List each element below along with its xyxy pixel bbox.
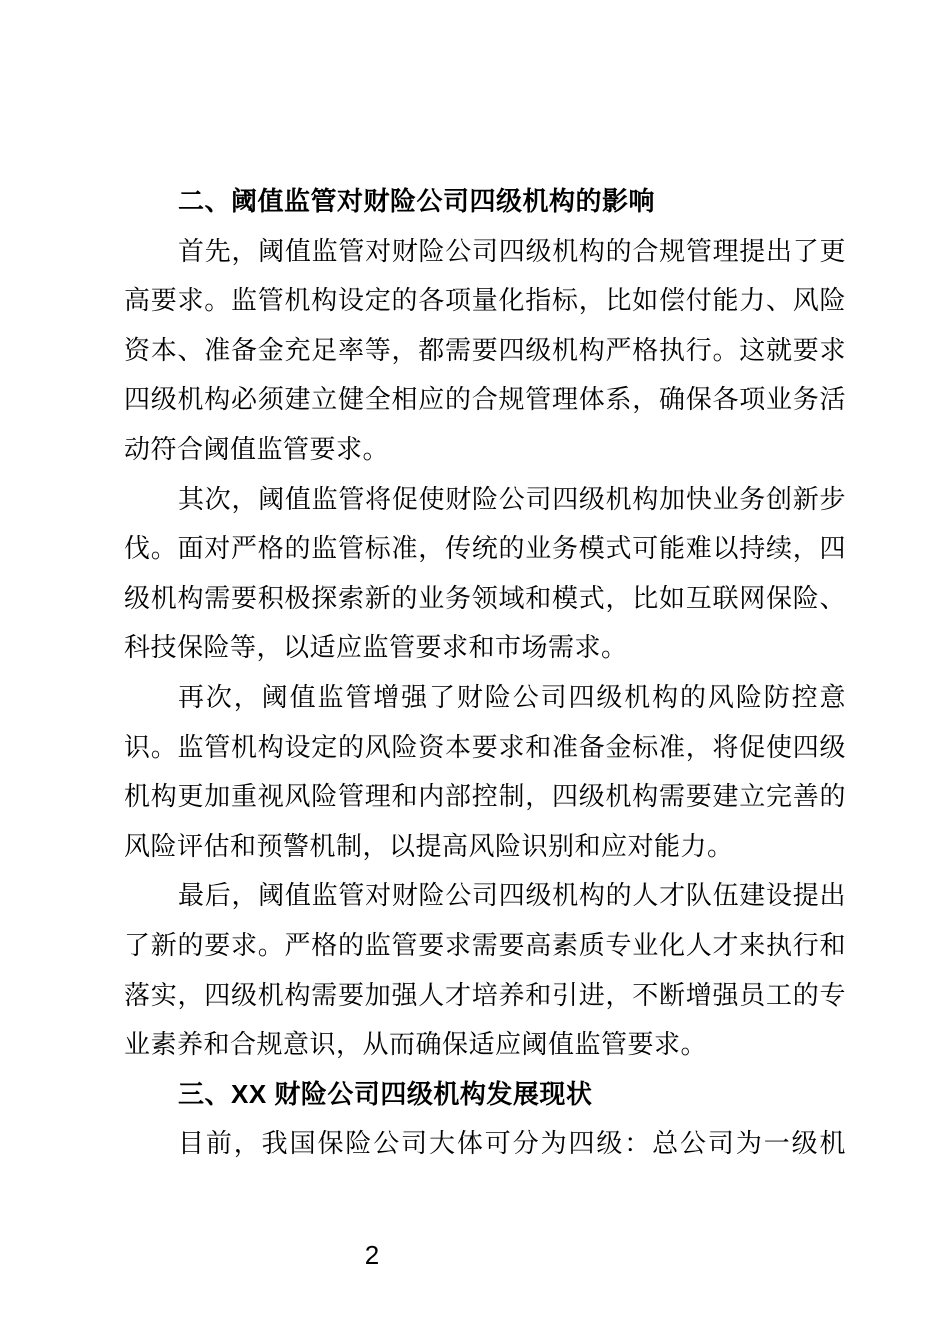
text-line: 最后，阈值监管对财险公司四级机构的人才队伍建设提出	[124, 871, 846, 921]
text-line: 了新的要求。严格的监管要求需要高素质专业化人才来执行和	[124, 921, 846, 971]
text-line: 首先，阈值监管对财险公司四级机构的合规管理提出了更	[124, 227, 846, 277]
paragraph: 首先，阈值监管对财险公司四级机构的合规管理提出了更 高要求。监管机构设定的各项量…	[124, 227, 846, 475]
paragraph: 目前，我国保险公司大体可分为四级：总公司为一级机	[124, 1119, 846, 1169]
text-line: 落实，四级机构需要加强人才培养和引进，不断增强员工的专	[124, 971, 846, 1021]
page-body-text: 二、阈值监管对财险公司四级机构的影响 首先，阈值监管对财险公司四级机构的合规管理…	[124, 177, 846, 1169]
text-line: 目前，我国保险公司大体可分为四级：总公司为一级机	[124, 1119, 846, 1169]
document-page: 二、阈值监管对财险公司四级机构的影响 首先，阈值监管对财险公司四级机构的合规管理…	[0, 0, 950, 1344]
text-line: 级机构需要积极探索新的业务领域和模式，比如互联网保险、	[124, 574, 846, 624]
paragraph: 其次，阈值监管将促使财险公司四级机构加快业务创新步 伐。面对严格的监管标准，传统…	[124, 475, 846, 673]
section-heading-3: 三、XX 财险公司四级机构发展现状	[124, 1070, 846, 1120]
text-line: 资本、准备金充足率等，都需要四级机构严格执行。这就要求	[124, 326, 846, 376]
section-heading-text: 三、XX 财险公司四级机构发展现状	[124, 1070, 846, 1120]
text-line: 科技保险等，以适应监管要求和市场需求。	[124, 623, 846, 673]
text-line: 其次，阈值监管将促使财险公司四级机构加快业务创新步	[124, 475, 846, 525]
text-line: 风险评估和预警机制，以提高风险识别和应对能力。	[124, 822, 846, 872]
text-line: 伐。面对严格的监管标准，传统的业务模式可能难以持续，四	[124, 524, 846, 574]
text-line: 业素养和合规意识，从而确保适应阈值监管要求。	[124, 1020, 846, 1070]
paragraph: 最后，阈值监管对财险公司四级机构的人才队伍建设提出 了新的要求。严格的监管要求需…	[124, 871, 846, 1069]
text-line: 动符合阈值监管要求。	[124, 425, 846, 475]
text-line: 四级机构必须建立健全相应的合规管理体系，确保各项业务活	[124, 375, 846, 425]
page-number: 2	[342, 1238, 402, 1272]
section-heading-text: 二、阈值监管对财险公司四级机构的影响	[124, 177, 846, 227]
text-line: 高要求。监管机构设定的各项量化指标，比如偿付能力、风险	[124, 276, 846, 326]
paragraph: 再次，阈值监管增强了财险公司四级机构的风险防控意 识。监管机构设定的风险资本要求…	[124, 673, 846, 871]
text-line: 再次，阈值监管增强了财险公司四级机构的风险防控意	[124, 673, 846, 723]
section-heading-2: 二、阈值监管对财险公司四级机构的影响	[124, 177, 846, 227]
text-line: 识。监管机构设定的风险资本要求和准备金标准，将促使四级	[124, 723, 846, 773]
text-line: 机构更加重视风险管理和内部控制，四级机构需要建立完善的	[124, 772, 846, 822]
